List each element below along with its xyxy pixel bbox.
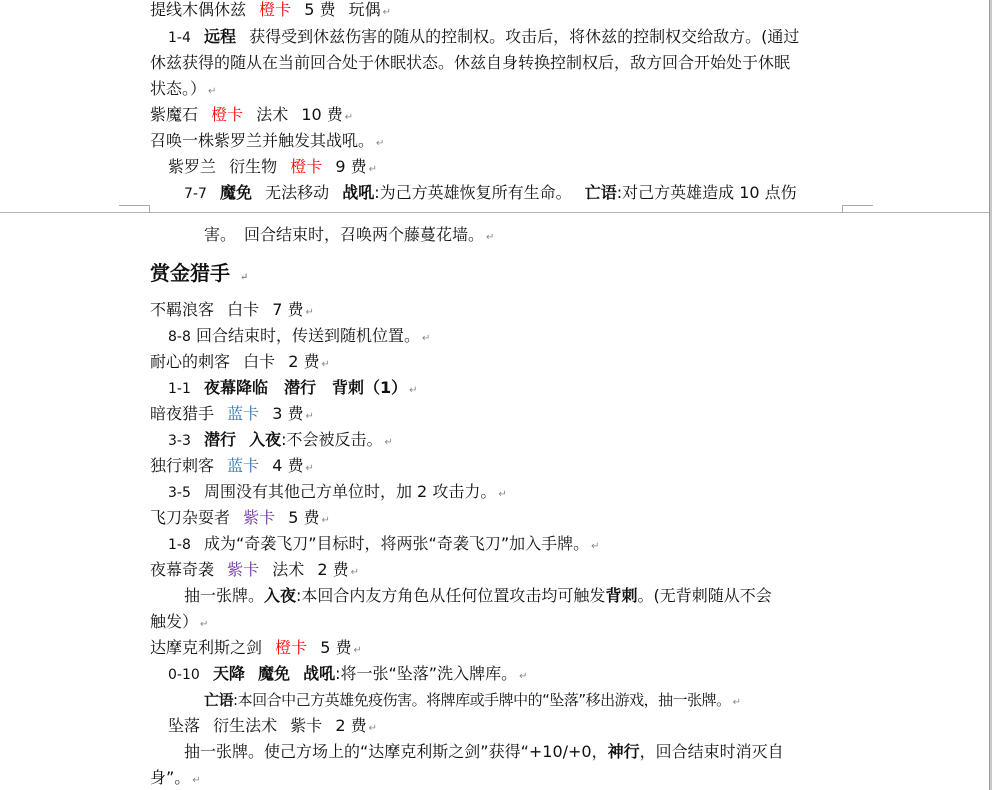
card-desc-huizi: 1-4 远程 获得受到休兹伤害的随从的控制权。攻击后，将休兹的控制权交给敌方。(…	[168, 27, 799, 48]
card-title: 达摩克利斯之剑 橙卡 5 费↵	[150, 638, 362, 661]
card-stats: 1-8	[168, 537, 191, 553]
card-cost: 3 费	[272, 404, 303, 423]
card-name: 提线木偶休兹	[150, 0, 246, 19]
desc-text: 。(无背刺随从不会	[637, 586, 771, 605]
card-cost: 2 费	[335, 716, 366, 735]
paragraph-mark-icon: ↵	[306, 411, 314, 422]
card-name: 坠落	[168, 716, 200, 735]
card-type: 衍生法术	[213, 716, 277, 735]
keyword: 夜幕降临 潜行 背刺（1）	[204, 378, 407, 397]
card-stats: 3-5	[168, 485, 191, 501]
desc-text: 身”。	[150, 768, 190, 787]
keyword: 远程	[204, 27, 236, 46]
desc-text: :本回合内友方角色从任何位置攻击均可触发	[296, 586, 605, 605]
card-title-zimoshi: 紫魔石 橙卡 法术 10 费↵	[150, 105, 353, 128]
card-name: 紫罗兰	[168, 157, 216, 176]
card-cost: 5 费	[304, 0, 335, 19]
rarity-white: 白卡	[243, 352, 275, 371]
card-desc: 0-10 天降 魔免 战吼:将一张“坠落”洗入牌库。↵	[168, 664, 527, 687]
card-title: 独行刺客 蓝卡 4 费↵	[150, 456, 314, 479]
desc-text: :不会被反击。	[281, 430, 382, 449]
card-cost: 9 费	[335, 157, 366, 176]
card-stats: 1-1	[168, 381, 191, 397]
card-desc-wrap: 身”。↵	[150, 768, 201, 790]
paragraph-mark-icon: ↵	[351, 567, 359, 578]
keyword: 入夜	[249, 430, 281, 449]
card-title: 夜幕奇袭 紫卡 法术 2 费↵	[150, 560, 359, 583]
card-type: 法术	[272, 560, 304, 579]
rarity-blue: 蓝卡	[227, 456, 259, 475]
desc-text: 召唤一株紫罗兰并触发其战吼。	[150, 131, 374, 150]
card-desc-wrap: 触发）↵	[150, 612, 208, 635]
desc-text: 获得受到休兹伤害的随从的控制权。攻击后，将休兹的控制权交给敌方。(通过	[249, 27, 799, 46]
desc-text-wrap-end: 状态。）↵	[150, 79, 216, 102]
desc-text: 回合结束时，传送到随机位置。	[196, 326, 420, 345]
keyword: 潜行	[204, 430, 236, 449]
card-title-ziluolan: 紫罗兰 衍生物 橙卡 9 费↵	[168, 157, 377, 180]
card-desc: 抽一张牌。使己方场上的“达摩克利斯之剑”获得“+10/+0，神行，回合结束时消灭…	[184, 742, 784, 762]
keyword: 入夜	[264, 586, 296, 605]
card-desc-ziluolan-cont: 害。 回合结束时，召唤两个藤蔓花墙。↵	[204, 225, 494, 248]
rarity-blue: 蓝卡	[227, 404, 259, 423]
desc-text-wrap: 休兹获得的随从在当前回合处于休眠状态。休兹自身转换控制权后，敌方回合开始处于休眠	[150, 53, 790, 73]
card-title: 暗夜猎手 蓝卡 3 费↵	[150, 404, 314, 427]
paragraph-mark-icon: ↵	[409, 385, 417, 396]
paragraph-mark-icon: ↵	[383, 7, 391, 18]
section-heading: 赏金猎手↵	[150, 261, 248, 290]
paragraph-mark-icon: ↵	[369, 723, 377, 734]
card-desc: 8-8 回合结束时，传送到随机位置。↵	[168, 326, 430, 349]
rarity-orange: 橙卡	[290, 157, 322, 176]
desc-text: :为己方英雄恢复所有生命。	[374, 183, 571, 202]
keyword: 战吼	[342, 183, 374, 202]
paragraph-mark-icon: ↵	[591, 541, 599, 552]
desc-text: 害。 回合结束时，召唤两个藤蔓花墙。	[204, 225, 484, 244]
rarity-label: 紫卡	[290, 716, 322, 735]
card-cost: 10 费	[301, 105, 342, 124]
card-stats: 1-4	[168, 30, 191, 46]
paragraph-mark-icon: ↵	[322, 515, 330, 526]
keyword: 魔免	[258, 664, 290, 683]
card-title-huizi: 提线木偶休兹 橙卡 5 费 玩偶↵	[150, 0, 391, 23]
card-desc-zimoshi: 召唤一株紫罗兰并触发其战吼。↵	[150, 131, 384, 154]
card-cost: 4 费	[272, 456, 303, 475]
document-viewport[interactable]: 提线木偶休兹 橙卡 5 费 玩偶↵ 1-4 远程 获得受到休兹伤害的随从的控制权…	[0, 0, 990, 790]
keyword: 亡语	[204, 691, 233, 709]
paragraph-mark-icon: ↵	[498, 489, 506, 500]
page-1: 提线木偶休兹 橙卡 5 费 玩偶↵ 1-4 远程 获得受到休兹伤害的随从的控制权…	[0, 0, 990, 212]
card-name: 耐心的刺客	[150, 352, 230, 371]
paragraph-mark-icon: ↵	[385, 437, 393, 448]
desc-text: 成为“奇袭飞刀”目标时，将两张“奇袭飞刀”加入手牌。	[204, 534, 589, 553]
paragraph-mark-icon: ↵	[733, 697, 741, 708]
card-desc: 抽一张牌。入夜:本回合内友方角色从任何位置攻击均可触发背刺。(无背刺随从不会	[184, 586, 772, 606]
paragraph-mark-icon: ↵	[192, 775, 200, 786]
card-desc: 3-3 潜行 入夜:不会被反击。↵	[168, 430, 393, 453]
card-title: 飞刀杂耍者 紫卡 5 费↵	[150, 508, 330, 531]
card-stats: 8-8	[168, 329, 191, 345]
card-desc: 1-8 成为“奇袭飞刀”目标时，将两张“奇袭飞刀”加入手牌。↵	[168, 534, 600, 557]
card-stats: 7-7	[184, 186, 207, 202]
card-cost: 5 费	[288, 508, 319, 527]
paragraph-mark-icon: ↵	[354, 645, 362, 656]
card-stats: 0-10	[168, 667, 200, 683]
paragraph-mark-icon: ↵	[306, 463, 314, 474]
card-name: 不羁浪客	[150, 300, 214, 319]
card-name: 达摩克利斯之剑	[150, 638, 262, 657]
rarity-orange: 橙卡	[211, 105, 243, 124]
card-desc: 1-1 夜幕降临 潜行 背刺（1）↵	[168, 378, 418, 401]
card-title: 不羁浪客 白卡 7 费↵	[150, 300, 314, 323]
keyword: 魔免	[220, 183, 252, 202]
card-name: 暗夜猎手	[150, 404, 214, 423]
keyword: 天降	[213, 664, 245, 683]
desc-text: 触发）	[150, 612, 198, 631]
card-cost: 7 费	[272, 300, 303, 319]
keyword: 背刺	[605, 586, 637, 605]
keyword: 神行	[608, 742, 640, 761]
card-type: 法术	[256, 105, 288, 124]
keyword: 亡语	[585, 183, 617, 202]
desc-text: :对己方英雄造成 10 点伤	[617, 183, 797, 202]
desc-text: 抽一张牌。	[184, 586, 264, 605]
card-stats: 3-3	[168, 433, 191, 449]
desc-text: 周围没有其他己方单位时，加 2 攻击力。	[204, 482, 496, 501]
page-2: 害。 回合结束时，召唤两个藤蔓花墙。↵ 赏金猎手↵ 不羁浪客 白卡 7 费↵ 8…	[0, 213, 990, 790]
card-desc-deathrattle: 亡语:本回合中己方英雄免疫伤害。将牌库或手牌中的“坠落”移出游戏，抽一张牌。↵	[204, 690, 741, 713]
desc-text: ，回合结束时消灭自	[640, 742, 784, 761]
paragraph-mark-icon: ↵	[200, 619, 208, 630]
desc-text: :本回合中己方英雄免疫伤害。将牌库或手牌中的“坠落”移出游戏，抽一张牌。	[233, 691, 731, 709]
rarity-orange: 橙卡	[275, 638, 307, 657]
keyword: 战吼	[303, 664, 335, 683]
heading-text: 赏金猎手	[150, 261, 230, 285]
paragraph-mark-icon: ↵	[369, 164, 377, 175]
card-desc-ziluolan: 7-7 魔免 无法移动 战吼:为己方英雄恢复所有生命。 亡语:对己方英雄造成 1…	[184, 183, 797, 204]
paragraph-mark-icon: ↵	[519, 671, 527, 682]
desc-text: 抽一张牌。使己方场上的“达摩克利斯之剑”获得“+10/+0，	[184, 742, 608, 761]
card-name: 独行刺客	[150, 456, 214, 475]
card-name: 紫魔石	[150, 105, 198, 124]
card-cost: 2 费	[317, 560, 348, 579]
card-type: 衍生物	[229, 157, 277, 176]
card-type: 玩偶	[349, 0, 381, 19]
paragraph-mark-icon: ↵	[240, 272, 248, 283]
desc-text: :将一张“坠落”洗入牌库。	[335, 664, 517, 683]
paragraph-mark-icon: ↵	[345, 112, 353, 123]
paragraph-mark-icon: ↵	[422, 333, 430, 344]
paragraph-mark-icon: ↵	[208, 86, 216, 97]
paragraph-mark-icon: ↵	[306, 307, 314, 318]
card-title: 坠落 衍生法术 紫卡 2 费↵	[168, 716, 377, 739]
rarity-orange: 橙卡	[259, 0, 291, 19]
rarity-purple: 紫卡	[243, 508, 275, 527]
rarity-purple: 紫卡	[227, 560, 259, 579]
desc-text: 无法移动	[265, 183, 329, 202]
card-name: 夜幕奇袭	[150, 560, 214, 579]
paragraph-mark-icon: ↵	[486, 232, 494, 243]
paragraph-mark-icon: ↵	[376, 138, 384, 149]
rarity-white: 白卡	[227, 300, 259, 319]
card-desc: 3-5 周围没有其他己方单位时，加 2 攻击力。↵	[168, 482, 507, 505]
card-cost: 5 费	[320, 638, 351, 657]
card-name: 飞刀杂耍者	[150, 508, 230, 527]
desc-text: 状态。）	[150, 79, 206, 98]
card-cost: 2 费	[288, 352, 319, 371]
paragraph-mark-icon: ↵	[322, 359, 330, 370]
card-title: 耐心的刺客 白卡 2 费↵	[150, 352, 330, 375]
